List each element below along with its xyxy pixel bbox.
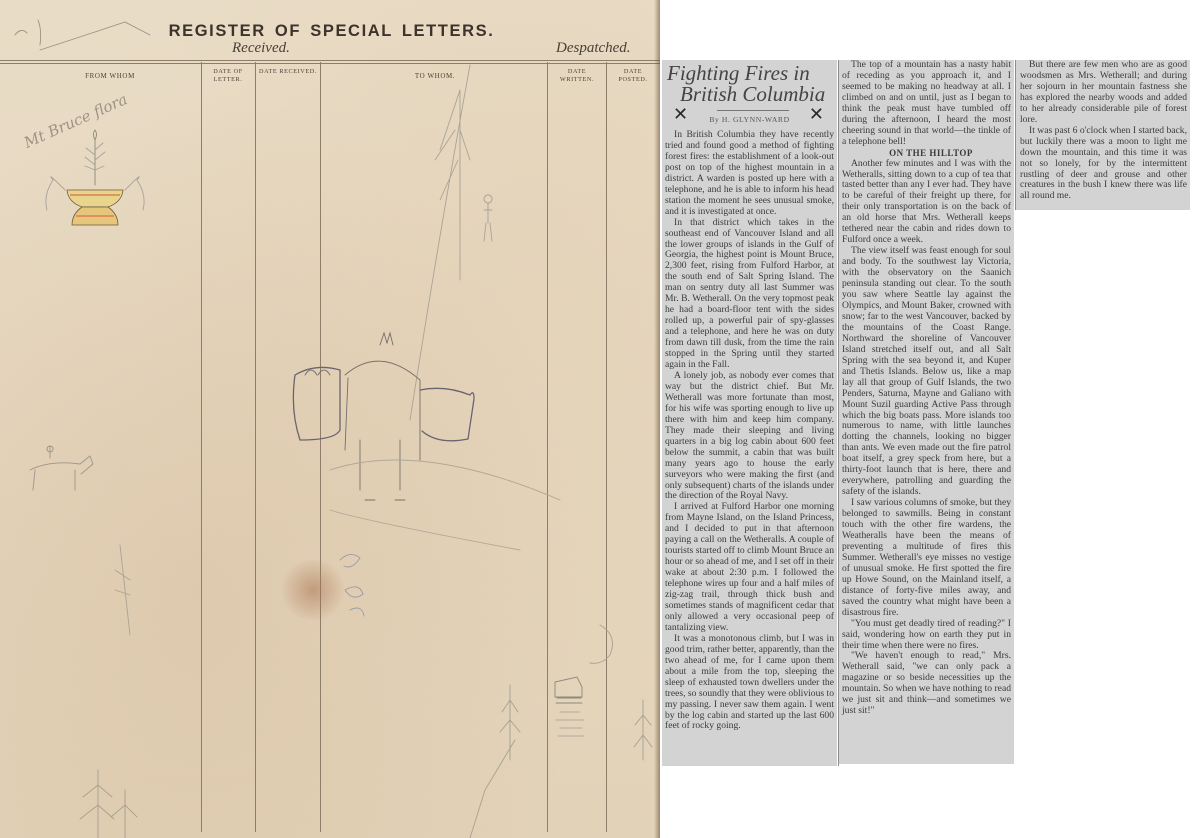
rider-on-horse-sketch [30, 446, 93, 490]
article-paragraph: A lonely job, as nobody ever comes that … [665, 371, 834, 502]
article-column-2: The top of a mountain has a nasty habit … [839, 60, 1014, 764]
article-paragraph: The view itself was feast enough for sou… [842, 246, 1011, 498]
article-paragraph: I saw various columns of smoke, but they… [842, 498, 1011, 618]
fir-tree-sketch [410, 65, 470, 420]
crescent-moon-sketch [590, 625, 612, 663]
article-headline: Fighting Fires in British Columbia [665, 60, 834, 105]
pencil-sketches [0, 0, 660, 838]
hiker-sketch [484, 195, 492, 241]
article-paragraph: It was past 6 o'clock when I started bac… [1020, 126, 1187, 203]
article-column-3: But there are few men who are as good wo… [1016, 60, 1190, 210]
log-cabin-sketch [555, 677, 584, 736]
byline-rule [717, 110, 789, 111]
x-mark-icon: ✕ [809, 110, 824, 121]
article-paragraph: In that district which takes in the sout… [665, 218, 834, 371]
article-paragraph: The top of a mountain has a nasty habit … [842, 60, 1011, 148]
byline-row: ✕ By H. GLYNN-WARD ✕ [665, 108, 834, 130]
article-subhead: ON THE HILLTOP [842, 148, 1011, 159]
register-page: REGISTER OF SPECIAL LETTERS. Received. D… [0, 0, 660, 838]
article-paragraph: It was a monotonous climb, but I was in … [665, 634, 834, 733]
article-paragraph: I arrived at Fulford Harbor one morning … [665, 502, 834, 633]
article-paragraph: In British Columbia they have recently t… [665, 130, 834, 218]
article-paragraph: "We haven't enough to read," Mrs. Wether… [842, 651, 1011, 717]
fir-tree-sketch [115, 545, 130, 635]
fir-tree-sketch [80, 770, 137, 838]
article-paragraph: Another few minutes and I was with the W… [842, 159, 1011, 247]
headline-line-2: British Columbia [667, 84, 834, 105]
article-paragraph: "You must get deadly tired of reading?" … [842, 619, 1011, 652]
pack-horse-sketch [293, 333, 474, 500]
flower-pot-colored [67, 190, 123, 225]
fir-tree-sketch [470, 685, 520, 838]
article-paragraph: But there are few men who are as good wo… [1020, 60, 1187, 126]
fir-tree-sketch [634, 700, 652, 760]
leaf-sketch [340, 554, 364, 616]
article-column-1: Fighting Fires in British Columbia ✕ By … [662, 60, 837, 766]
scribble-sketch [15, 20, 150, 50]
newspaper-clipping: Fighting Fires in British Columbia ✕ By … [662, 60, 1200, 838]
